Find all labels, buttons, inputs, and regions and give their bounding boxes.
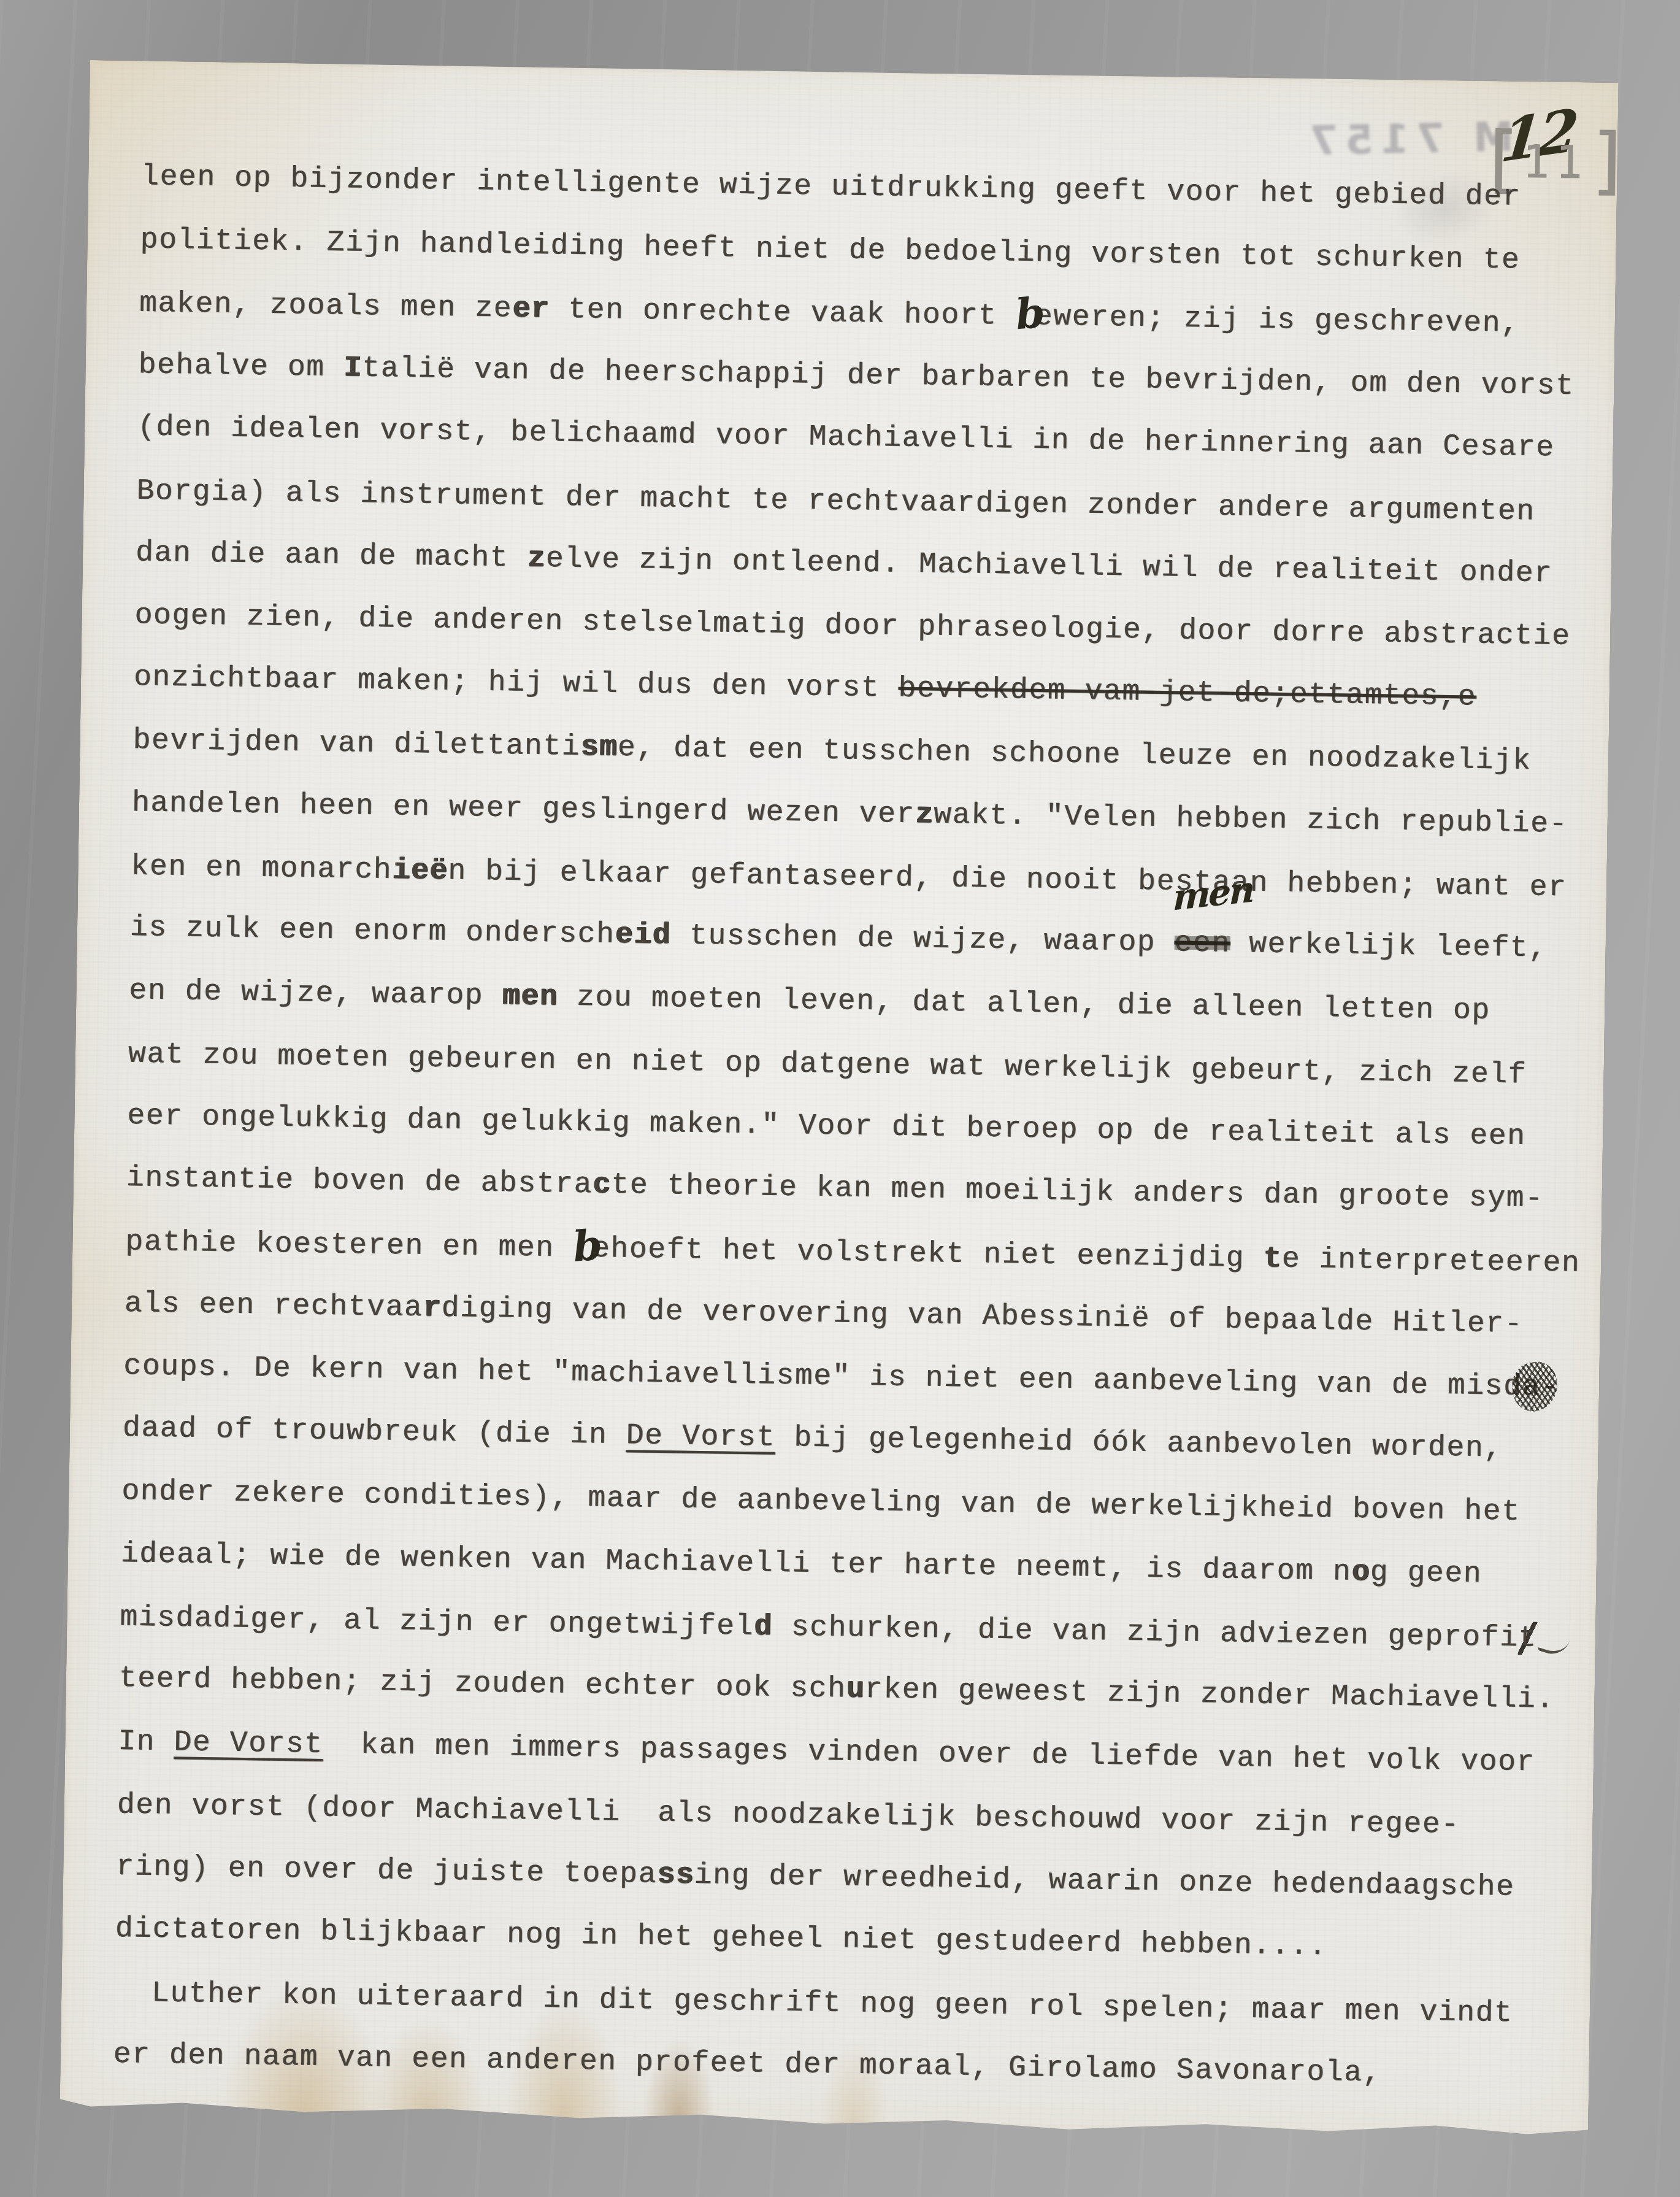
typed-segment: er den naam van een anderen profeet der … [113,2038,1381,2090]
typed-segment: eer ongelukkig dan gelukkig maken." Voor… [127,1099,1526,1153]
typed-segment: tusschen de wijze, waarop [670,919,1175,960]
typed-segment: schurken, die van zijn adviezen geprofi [772,1610,1519,1655]
typed-segment-u: De Vorst [174,1726,323,1761]
typed-segment: politiek. Zijn handleiding heeft niet de… [140,223,1521,277]
typed-segment: ken en monarch [131,850,392,887]
typed-segment-ot: c [593,1168,612,1201]
typed-segment: talië van de heerschappij der barbaren t… [362,352,1575,403]
typed-segment: instantie boven de abstra [126,1161,593,1201]
typed-segment: (den idealen vorst, belichaamd voor Mach… [137,410,1555,464]
typed-segment: diging van de verovering van Abessinië o… [441,1292,1523,1341]
typed-segment: ten onrechte vaak hoort [550,293,1016,333]
typed-segment: bevrijden van dilettanti [132,724,580,764]
typed-segment: e interpreteeren [1282,1243,1581,1280]
typed-text: leen op bijzonder intelligente wijze uit… [113,146,1597,2107]
typed-segment-st: bevrekdem-vam-jet-de;ettamtes,e [898,672,1476,714]
paper-sheet: M 7157 12 [ 11 ] leen op bijzonder intel… [59,60,1618,2139]
typed-segment-ot: men [502,980,558,1014]
typed-segment: bij gelegenheid óók aanbevolen worden, [775,1422,1503,1466]
typed-segment: maken, zooals men ze [139,287,513,326]
typed-segment-ot: o [1351,1556,1370,1589]
typed-segment-ot: ss [657,1858,695,1892]
typed-segment: den vorst (door Machiavelli als noodzake… [117,1788,1460,1841]
typed-segment: eweren; zij is geschreven, [1035,300,1520,341]
typed-segment-ot: er [512,293,550,326]
typed-segment-ot: t [1263,1242,1282,1275]
typed-segment: onder zekere condities), maar de aanbeve… [121,1475,1521,1529]
typed-segment-ot: z [527,542,546,575]
typed-segment: leen op bijzonder intelligente wijze uit… [141,160,1522,214]
typed-segment: pathie koesteren en men [125,1226,573,1266]
typed-segment-pb: b [573,1245,592,1247]
typed-segment: ing der wreedheid, waarin onze hedendaag… [694,1859,1514,1904]
typed-segment-sc: a [1522,1371,1541,1404]
typed-segment: dan die aan de macht [136,536,527,575]
typed-segment: en de wijze, waarop [129,974,502,1013]
typed-segment-ot: ieë [392,854,448,888]
typed-segment-u: De Vorst [626,1419,775,1455]
typed-segment: n bij elkaar gefantaseerd, die nooit bes… [448,855,1567,904]
typed-segment: ring) en over de juiste toepa [116,1850,657,1891]
typed-segment-ot: d [754,1610,773,1644]
typed-segment: werkelijk leeft, [1230,928,1548,966]
typed-segment-ot: z [915,798,934,831]
typed-segment: Luther kon uiteraard in dit geschrift no… [114,1976,1513,2030]
typed-segment: onzichtbaar maken; hij wil dus den vorst [134,661,899,705]
typed-segment: behalve om [138,348,343,385]
typed-segment-ps: t [1518,1622,1537,1655]
typed-segment-ot: r [423,1291,442,1325]
typed-segment: misdadiger, al zijn er ongetwijfel [120,1601,754,1643]
typed-segment: is zulk een enorm ondersch [130,911,615,952]
typed-segment-pb: b [1016,314,1035,315]
typed-segment: daad of trouwbreuk (die in [123,1412,627,1452]
typed-segment: elve zijn ontleend. Machiavelli wil de r… [546,542,1553,590]
handwritten-correction: men [1172,871,1254,916]
typed-segment: wat zou moeten gebeuren en niet op datge… [128,1038,1527,1092]
typed-segment: coups. De kern van het "machiavellisme" … [123,1350,1522,1404]
typed-segment: kan men immers passages vinden over de l… [323,1728,1535,1779]
typed-segment-ot: I [343,352,362,385]
typed-segment: te theorie kan men moeilijk anders dan g… [611,1169,1544,1216]
typed-segment: wakt. "Velen hebben zich republie- [934,799,1568,841]
typed-segment: handelen heen en weer geslingerd wezen v… [132,787,916,831]
typed-segment: dictatoren blijkbaar nog in het geheel n… [115,1912,1327,1963]
scanned-typescript-page: { "page": { "handwritten_page_number": "… [0,0,1680,2197]
typed-segment-ot: eid [615,918,671,952]
typed-segment-ot: sm [580,731,618,764]
typed-segment: oogen zien, die anderen stelselmatig doo… [134,599,1571,653]
typed-segment-hc: eenmen [1174,912,1231,975]
typed-segment: e, dat een tusschen schoone leuze en noo… [618,731,1532,778]
typed-segment: als een rechtvaa [125,1287,423,1325]
typed-segment: zou moeten leven, dat allen, die alleen … [558,980,1490,1028]
typed-segment: ideaal; wie de wenken van Machiavelli te… [120,1537,1351,1589]
typed-segment: g geen [1370,1556,1482,1591]
typed-segment: In [118,1725,174,1759]
typed-segment: ehoeft het volstrekt niet eenzijdig [592,1233,1264,1275]
typed-segment: rken geweest zijn zonder Machiavelli. [865,1673,1555,1717]
typed-segment-ot: u [846,1673,865,1706]
mirrored-stamp-showthrough: M 7157 [1302,113,1514,164]
typed-segment: teerd hebben; zij zouden echter ook sch [118,1662,846,1706]
typed-segment: Borgia) als instrument der macht te rech… [136,475,1535,529]
